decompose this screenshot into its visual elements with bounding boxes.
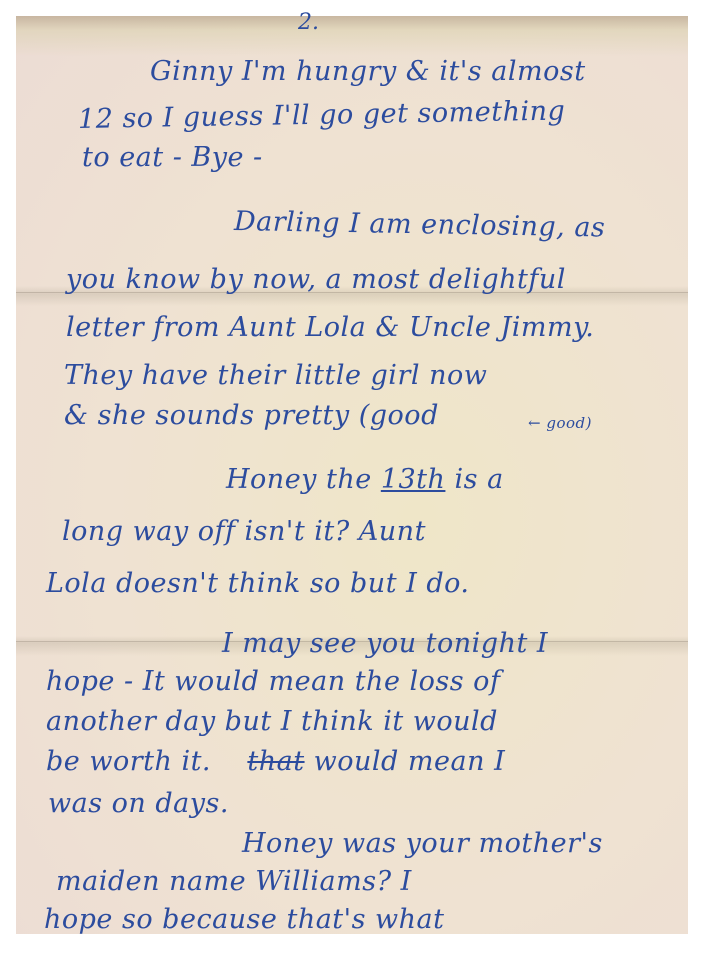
letter-line: you know by now, a most delightful <box>66 264 566 295</box>
line-start: be worth it. <box>46 746 211 777</box>
letter-line: to eat - Bye - <box>82 142 263 173</box>
letter-page: 2. Ginny I'm hungry & it's almost 12 so … <box>16 16 688 934</box>
letter-line: hope - It would mean the loss of <box>46 666 500 697</box>
letter-line: Honey the 13th is a <box>226 464 504 495</box>
letter-line: was on days. <box>48 788 229 819</box>
line-start: Honey the <box>226 464 381 495</box>
struck-word: that <box>247 746 304 777</box>
line-end: is a <box>445 464 503 495</box>
underlined-date: 13th <box>381 464 446 495</box>
letter-line: They have their little girl now <box>64 360 487 391</box>
correction-note: ← good) <box>528 414 592 432</box>
letter-line: be worth it. that would mean I <box>46 746 505 777</box>
letter-line: letter from Aunt Lola & Uncle Jimmy. <box>66 312 594 343</box>
line-end: would mean I <box>314 746 506 777</box>
letter-line: I may see you tonight I <box>222 628 548 659</box>
page-number: 2. <box>298 10 319 35</box>
letter-line: long way off isn't it? Aunt <box>62 516 426 547</box>
letter-line: hope so because that's what <box>44 904 444 935</box>
letter-line: 12 so I guess I'll go get something <box>78 95 566 135</box>
letter-line: Ginny I'm hungry & it's almost <box>150 56 586 87</box>
letter-line: maiden name Williams? I <box>56 866 412 897</box>
letter-line: Honey was your mother's <box>242 828 603 859</box>
letter-line: & she sounds pretty (good <box>64 400 439 431</box>
letter-line: Lola doesn't think so but I do. <box>46 568 470 599</box>
letter-line: another day but I think it would <box>46 706 498 737</box>
letter-line: Darling I am enclosing, as <box>234 206 606 243</box>
